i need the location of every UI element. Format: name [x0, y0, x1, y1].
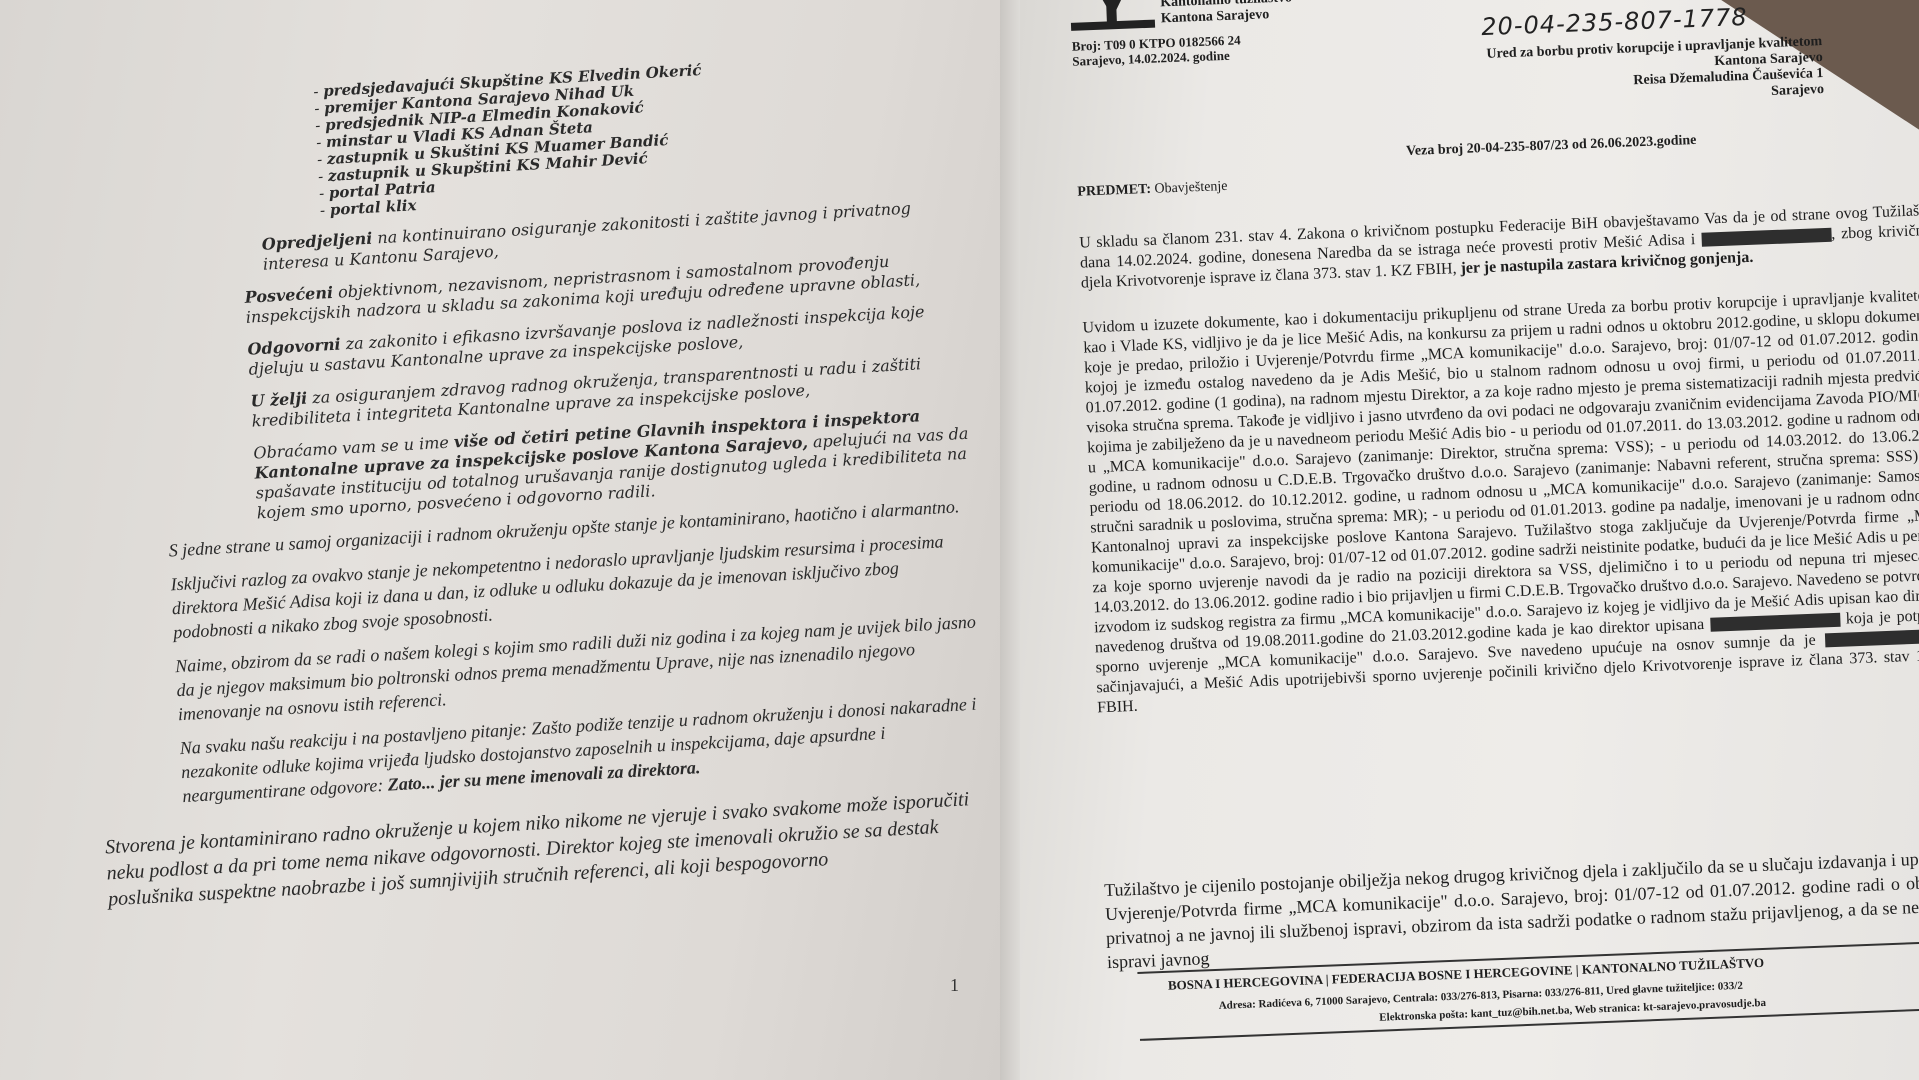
redaction-bar — [1825, 629, 1919, 648]
findings-paragraph: Uvidom u izuzete dokumente, kao i dokume… — [1082, 286, 1919, 719]
subject-label: PREDMET: — [1077, 182, 1151, 200]
page-number: 1 — [950, 975, 959, 996]
redaction-bar — [1710, 613, 1840, 632]
redaction-bar — [1701, 228, 1831, 247]
logo-stand-icon — [1106, 0, 1117, 23]
subject-value: Obavještenje — [1151, 179, 1228, 197]
left-letter-content: predsjedavajući Skupštine KS Elvedin Oke… — [20, 0, 997, 915]
recipient-list: predsjedavajući Skupštine KS Elvedin Oke… — [313, 48, 960, 220]
paragraph-lead: U želji — [250, 389, 308, 411]
paragraph-text: Uvidom u izuzete dokumente, kao i dokume… — [1082, 287, 1919, 657]
